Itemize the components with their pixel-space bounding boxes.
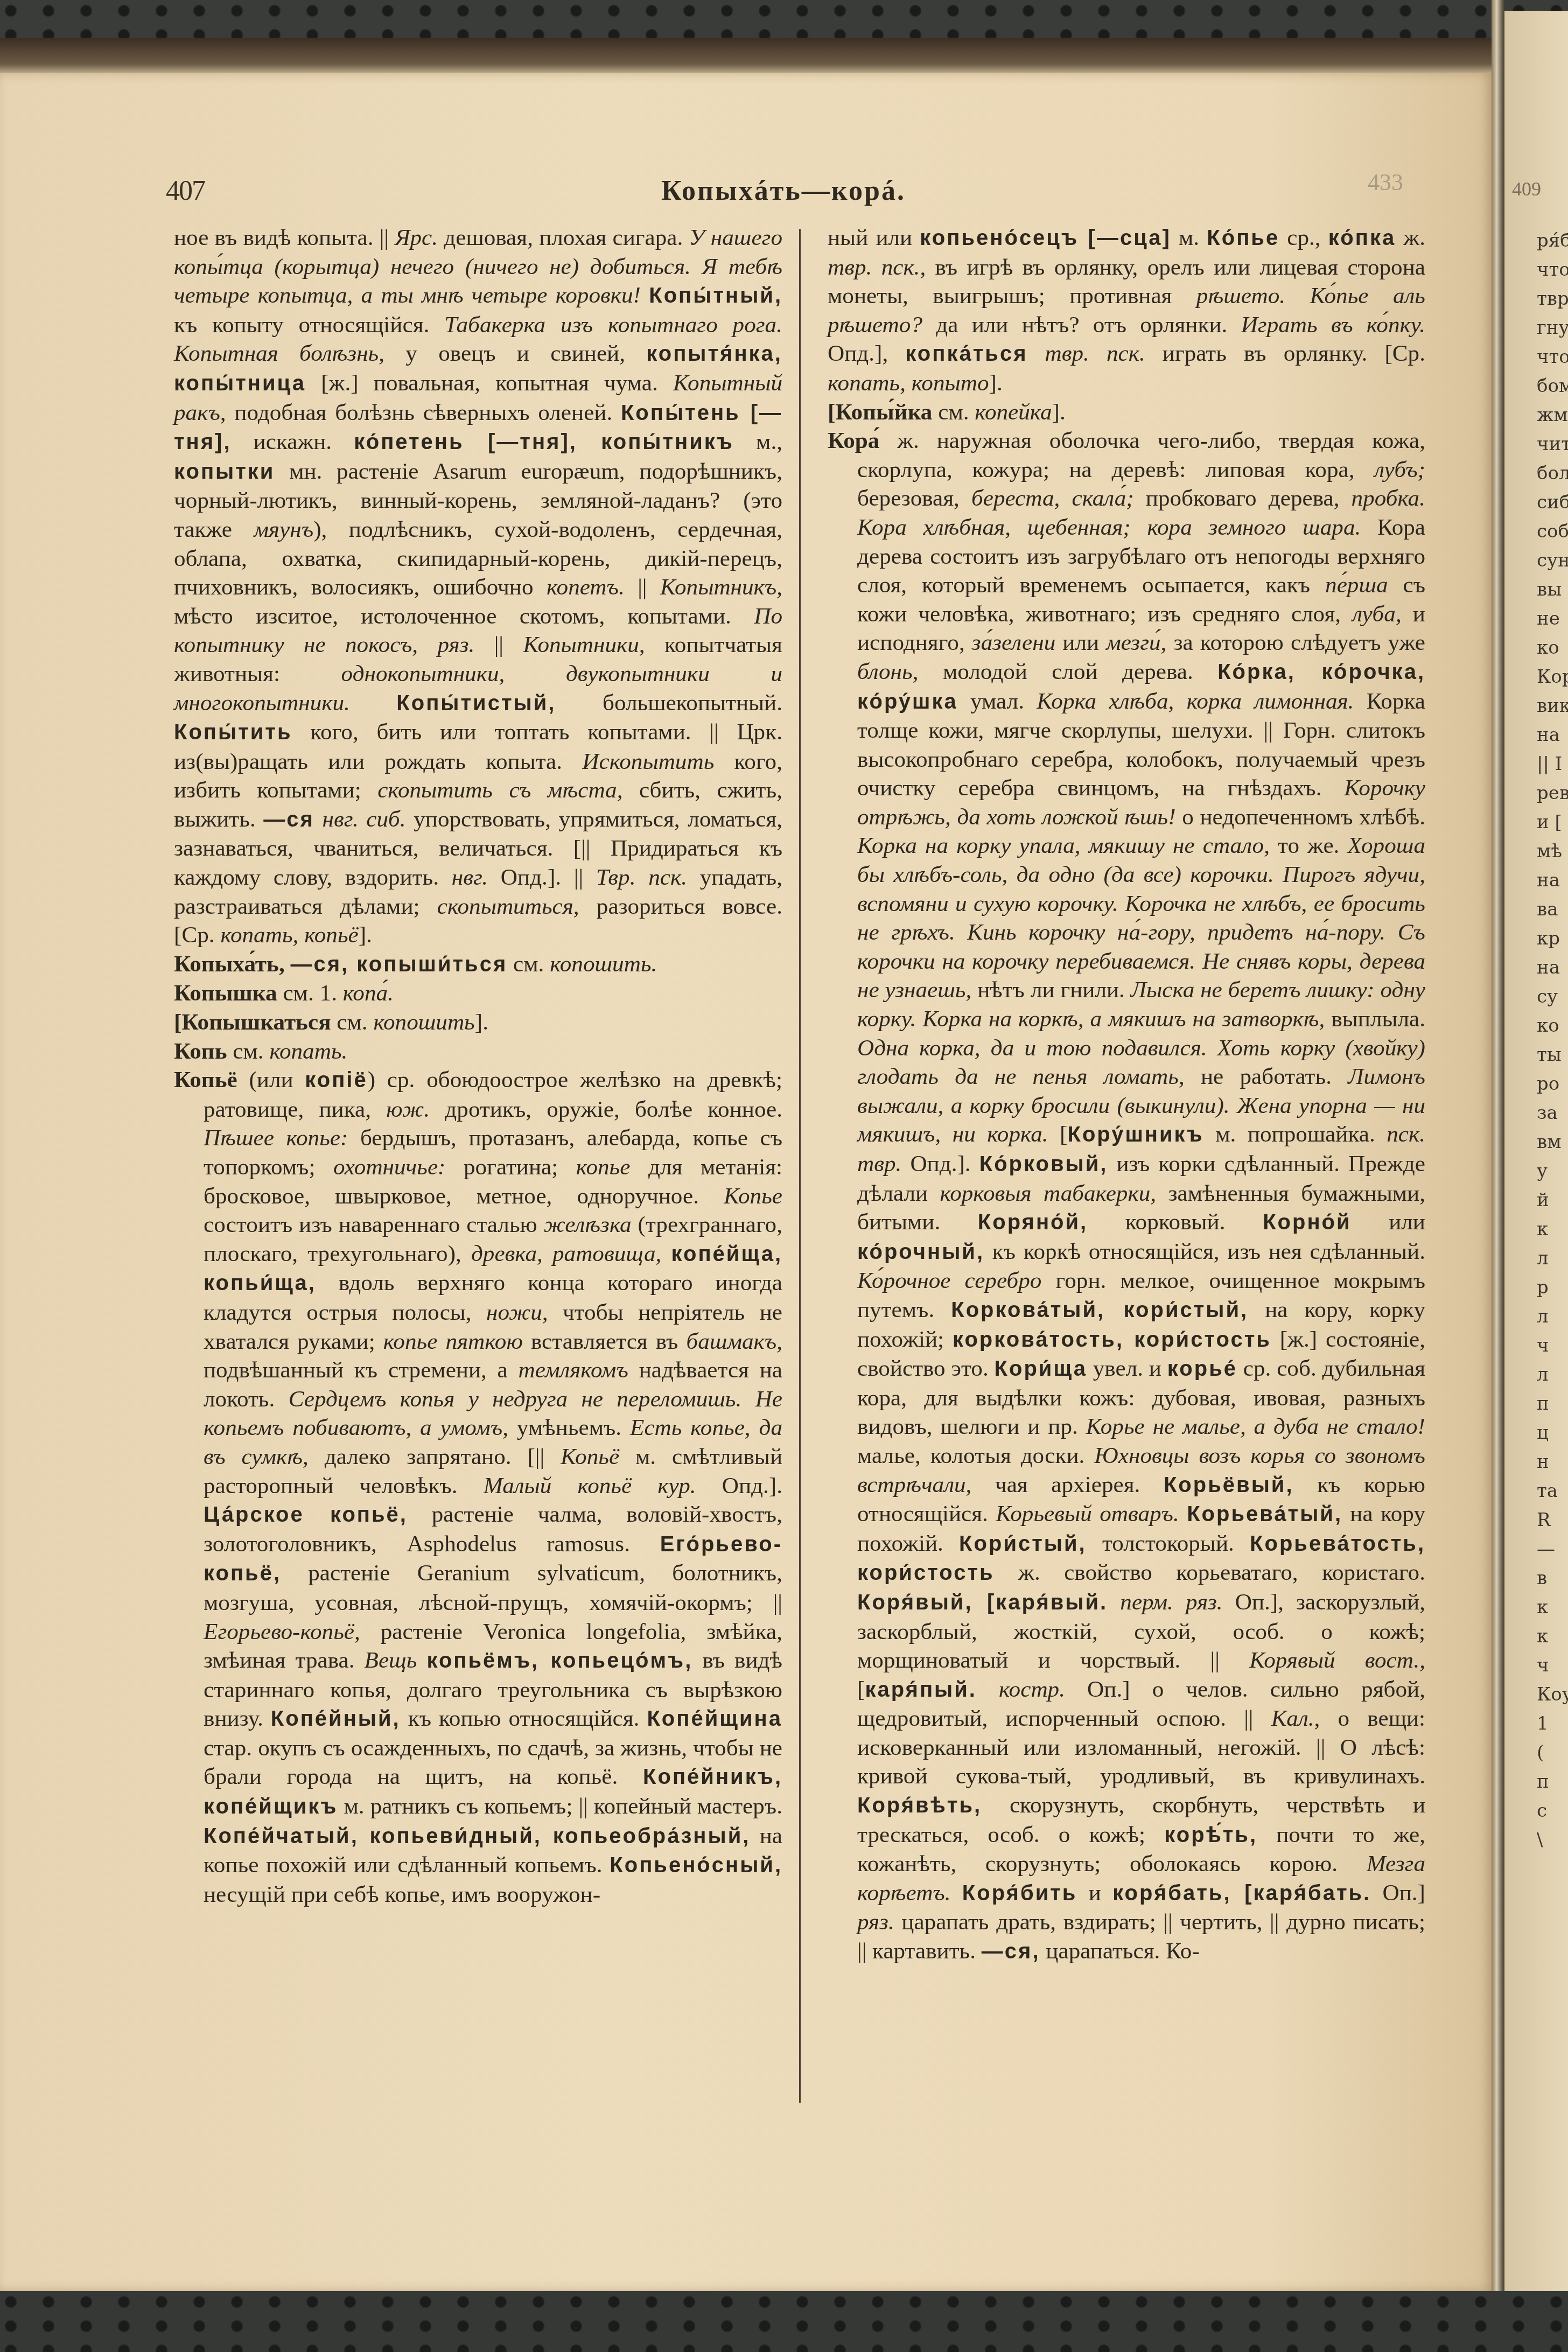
body-text: || <box>625 575 660 600</box>
italic-text: твр. пск., <box>828 255 926 280</box>
body-text: къ копью относящiйся. <box>401 1706 647 1731</box>
body-text: ж. свойство корьеватаго, користаго. <box>995 1560 1425 1585</box>
body-text: и <box>1077 1880 1112 1906</box>
body-text: не работать. <box>1185 1064 1348 1089</box>
italic-text: Егорьево-копьё, <box>204 1619 360 1644</box>
body-text: ]. <box>989 370 1003 396</box>
body-text: несущiй при себѣ копье, имъ вооружон- <box>204 1882 600 1907</box>
adjacent-page: 409 ря́бн что л твр. гнут что бом жм чит… <box>1504 11 1568 2291</box>
body-text: м. попрошайка. <box>1204 1122 1387 1147</box>
body-text: Опд.], <box>828 341 905 366</box>
italic-text: скопытиться, <box>437 894 579 919</box>
headword: Копь <box>174 1039 227 1064</box>
body-text <box>1108 1590 1120 1615</box>
headword: Корьёвый, <box>1164 1473 1294 1497</box>
headword: [Копышкаться <box>174 1010 331 1035</box>
body-text: то же. <box>1270 833 1348 858</box>
italic-text: Корявый вост., <box>1249 1648 1425 1673</box>
body-text: Оп.] <box>1371 1880 1425 1906</box>
body-text: молодой слой дерева. <box>918 659 1217 684</box>
headword: Коряно́й, <box>978 1210 1088 1234</box>
italic-text: Корка на корку упала, мякишу не стало, <box>857 833 1270 858</box>
body-text: ж. <box>1396 225 1425 250</box>
body-text: или <box>1352 1209 1425 1235</box>
body-text: ср., <box>1279 225 1328 250</box>
headword: Копы́тистый, <box>396 691 556 715</box>
body-text: ж. наружная оболочка чего-либо, твердая … <box>857 428 1425 482</box>
dictionary-entry: Копьё (или копiё) ср. обоюдоострое желѣз… <box>174 1066 782 1909</box>
headword: Ко́рковый, <box>979 1152 1108 1176</box>
italic-text: ряз. <box>857 1909 894 1935</box>
body-text: м. ратникъ съ копьемъ; || копейный масте… <box>338 1794 782 1819</box>
dictionary-entry: [Копышкаться см. копошить]. <box>174 1008 782 1037</box>
body-text: см. <box>331 1010 374 1035</box>
body-text: Опд.]. <box>901 1151 979 1177</box>
italic-text: копейка <box>975 400 1052 425</box>
body-text <box>350 690 397 716</box>
italic-text: перм. ряз. <box>1120 1590 1222 1615</box>
headword: Коря́вый, [каря́вый. <box>857 1591 1108 1614</box>
entry-continuation: ное въ видѣ копыта. || Ярс. дешовая, пло… <box>174 223 782 950</box>
headword: Копе́йчатый, копьеви́дный, копьеобра́зны… <box>204 1824 750 1848</box>
headword: —ся, копыши́ться <box>291 953 508 976</box>
body-text: къ копыту относящiйся. <box>174 312 444 338</box>
body-text: м., <box>734 429 782 454</box>
italic-text: скопытить съ мѣста, <box>377 778 622 803</box>
headword: Корно́й <box>1263 1210 1351 1234</box>
body-text: о недопеченномъ хлѣбѣ. <box>1176 804 1425 830</box>
italic-text: копошить. <box>550 951 657 977</box>
italic-text: древка, ратовища, <box>471 1241 661 1266</box>
body-text: подобная болѣзнь сѣверныхъ оленей. <box>226 400 621 425</box>
entry-continuation: ный или копьено́сецъ [—сца] м. Ко́пье ср… <box>828 223 1425 398</box>
italic-text: мезги́, <box>1106 630 1166 655</box>
italic-text: корковыя табакерки, <box>940 1181 1156 1206</box>
body-text: || <box>474 632 523 657</box>
body-text: березовая, <box>857 486 971 511</box>
italic-text: Вещь <box>365 1648 417 1673</box>
italic-text: Корка хлѣба, корка лимонная. <box>1037 689 1354 714</box>
headword: Ца́рское копьё, <box>204 1503 408 1527</box>
headword: Кори́стый, <box>959 1532 1087 1556</box>
italic-text: желѣзка <box>544 1212 632 1237</box>
body-text: [ <box>857 1677 865 1702</box>
body-text: Опд.]. || <box>488 865 596 890</box>
body-text <box>417 1648 426 1673</box>
italic-text: Копье <box>724 1184 782 1209</box>
italic-text: блонь, <box>857 659 918 684</box>
body-text: см. <box>507 951 550 977</box>
italic-text: ножи, <box>486 1300 548 1325</box>
headword: копка́ться <box>905 342 1027 366</box>
left-column: ное въ видѣ копыта. || Ярс. дешовая, пло… <box>174 223 782 1909</box>
body-text: дешовая, плохая сигара. <box>438 225 689 250</box>
dictionary-entry: [Копы́йка см. копейка]. <box>828 398 1425 427</box>
body-text <box>661 1241 671 1266</box>
italic-text: копать, копыто <box>828 370 989 396</box>
headword: каря́пый. <box>865 1678 977 1702</box>
body-text: чая архiерея. <box>971 1472 1164 1497</box>
italic-text: пе́рша <box>1325 572 1388 598</box>
body-text: ]. <box>1052 400 1066 425</box>
headword: Копышка <box>174 981 277 1006</box>
body-text: см. 1. <box>277 981 343 1006</box>
body-text: пробковаго дерева, <box>1134 486 1352 511</box>
headword: корье́ <box>1167 1357 1237 1381</box>
running-head: Копыхáть—корá. <box>661 175 906 207</box>
body-text: большекопытный. <box>556 690 782 716</box>
body-text <box>951 1880 962 1906</box>
headword: —ся, <box>982 1940 1040 1963</box>
body-text: да или нѣтъ? отъ орлянки. <box>922 312 1241 338</box>
italic-text: копетъ. <box>547 575 625 600</box>
body-text: [ж.] повальная, копытная чума. <box>306 370 673 396</box>
headword: ко́петень [—тня], копы́тникъ <box>354 430 734 454</box>
headword: Кори́ща <box>995 1357 1087 1381</box>
body-text: у овецъ и свиней, <box>384 341 646 366</box>
body-text: дротикъ, оружiе, болѣе конное. <box>430 1097 782 1122</box>
headword: коркова́тость, кори́стость <box>953 1328 1271 1352</box>
headword: Копьено́сный, <box>610 1853 782 1877</box>
dictionary-entry: Копь см. копать. <box>174 1037 782 1066</box>
headword: копытки <box>174 460 275 484</box>
body-text: ное въ видѣ копыта. || <box>174 225 395 250</box>
italic-text: Играть въ ко́пку. <box>1241 312 1425 338</box>
body-text: толстокорый. <box>1087 1531 1250 1556</box>
body-text: ]. <box>359 922 372 948</box>
body-text: вставляется въ <box>523 1329 687 1354</box>
headword: Копьё <box>174 1067 237 1093</box>
body-text: (или <box>237 1067 305 1093</box>
body-text: умѣньемъ. <box>508 1415 630 1440</box>
italic-text: лубъ; <box>1374 457 1425 482</box>
body-text: выплыла. <box>1325 1006 1425 1032</box>
body-text: искажн. <box>232 429 354 454</box>
dictionary-entry: Кора́ ж. наружная оболочка чего-либо, тв… <box>828 426 1425 1966</box>
body-text <box>285 951 291 977</box>
headword: Кора́ <box>828 428 879 453</box>
italic-text: Копытники, <box>523 632 645 657</box>
headword: копьёмъ, копьецо́мъ, <box>426 1649 692 1672</box>
headword: Ко́пье <box>1207 226 1279 250</box>
italic-text: Пѣшее копье: <box>204 1125 348 1151</box>
italic-text: копа́. <box>343 981 394 1006</box>
italic-text: юж. <box>386 1097 430 1122</box>
body-text: растенiе Geranium sylvaticum, болотникъ,… <box>204 1560 782 1615</box>
italic-text: нвг. сиб. <box>314 807 406 832</box>
headword: ко́пка <box>1328 226 1396 250</box>
body-text: играть въ орлянку. [Ср. <box>1145 341 1425 366</box>
italic-text: копье пяткою <box>383 1329 523 1354</box>
column-divider <box>799 229 801 2103</box>
headword: Коря́бить <box>962 1881 1077 1905</box>
body-text <box>641 283 649 308</box>
body-text: см. <box>932 400 975 425</box>
body-text: ]. <box>475 1010 488 1035</box>
italic-text: копье <box>576 1154 631 1180</box>
adjacent-page-fragments: ря́бн что л твр. гнут что бом жм чит бол… <box>1537 226 1568 1854</box>
body-text <box>1179 1501 1187 1527</box>
body-text: царапаться. Ко- <box>1040 1938 1200 1964</box>
italic-text: башмакъ, <box>687 1329 783 1354</box>
body-text: къ коркѣ относящiйся, изъ нея сдѣланный. <box>984 1239 1425 1264</box>
headword: Копе́йный, <box>271 1707 401 1731</box>
italic-text: Малый копьё кур. <box>484 1473 696 1499</box>
italic-text: Ископытить <box>582 749 714 774</box>
headword: Копы́тный, <box>649 284 782 307</box>
body-text: далеко запрятано. [|| <box>309 1444 561 1469</box>
body-text: корковый. <box>1088 1209 1263 1235</box>
italic-text: Корьевый отваръ. <box>996 1501 1179 1527</box>
body-text: нѣтъ ли гнили. <box>971 977 1131 1003</box>
body-text: Опд.]. <box>696 1473 782 1499</box>
body-text: умал. <box>958 689 1037 714</box>
body-text: увел. и <box>1087 1356 1167 1381</box>
headword: Коря́вѣть, <box>857 1794 982 1817</box>
italic-text: Копытникъ, <box>660 575 782 600</box>
headword: —ся <box>263 808 314 831</box>
body-text: ный или <box>828 225 920 250</box>
body-text: [ <box>1048 1122 1068 1147</box>
italic-text: копошить <box>373 1010 474 1035</box>
italic-text: нвг. <box>452 865 488 890</box>
italic-text: луба, <box>1352 601 1402 627</box>
italic-text: Ко́рочное серебро <box>857 1268 1041 1293</box>
headword: Копыха́ть, <box>174 951 285 977</box>
italic-text: темлякомъ <box>519 1357 628 1383</box>
headword: корѣ́ть, <box>1164 1823 1257 1847</box>
body-text: или <box>1055 630 1106 655</box>
italic-text: охотничье: <box>333 1154 445 1180</box>
italic-text: Ярс. <box>395 225 438 250</box>
italic-text: Корье не малье, а дуба не стало! <box>1086 1414 1425 1439</box>
italic-text: копать. <box>269 1039 347 1064</box>
page-number-right-faint: 433 <box>1368 169 1403 196</box>
italic-text: Копьё <box>561 1444 619 1469</box>
body-text: подвѣшанный къ стремени, а <box>204 1357 519 1383</box>
headword: Коркова́тый, кори́стый, <box>951 1298 1248 1322</box>
body-text: м. <box>1171 225 1207 250</box>
book-gutter <box>1492 0 1504 2352</box>
italic-text: костр. <box>999 1677 1065 1702</box>
headword: [Копы́йка <box>828 400 932 425</box>
headword: копiё <box>305 1068 367 1092</box>
italic-text: Твр. пск. <box>596 865 687 890</box>
body-text: состоитъ изъ навареннаго сталью <box>204 1212 544 1237</box>
italic-text: твр. пск. <box>1027 341 1145 366</box>
italic-text: за́зелени <box>972 630 1055 655</box>
italic-text: Кал., <box>1271 1706 1320 1731</box>
headword: Кору́шникъ <box>1067 1123 1203 1146</box>
dictionary-entry: Копышка см. 1. копа́. <box>174 979 782 1008</box>
body-text: рогатина; <box>445 1154 576 1180</box>
adjacent-page-number: 409 <box>1512 178 1541 200</box>
headword: коря́бать, [каря́бать. <box>1112 1881 1371 1905</box>
page-number-left: 407 <box>166 175 205 207</box>
headword: копьено́сецъ [—сца] <box>920 226 1171 250</box>
body-text <box>977 1677 999 1702</box>
body-text: мѣсто изситое, истолоченное скотомъ, коп… <box>174 604 754 629</box>
headword: Копе́йщина <box>647 1707 782 1731</box>
scanner-mat-bottom <box>0 2291 1568 2352</box>
body-text: см. <box>227 1039 269 1064</box>
headword: Копы́тить <box>174 720 292 744</box>
headword: Корьева́тый, <box>1187 1502 1342 1526</box>
page-top-edge <box>0 38 1492 75</box>
headword: ко́рочный, <box>857 1240 984 1264</box>
dictionary-entry: Копыха́ть, —ся, копыши́ться см. копошить… <box>174 950 782 979</box>
body-text: малье, колотыя доски. <box>857 1443 1094 1468</box>
italic-text: мяунъ <box>254 517 313 542</box>
italic-text: копать, копьё <box>220 922 358 948</box>
right-column: ный или копьено́сецъ [—сца] м. Ко́пье ср… <box>828 223 1425 1966</box>
body-text: за которою слѣдуетъ уже <box>1166 630 1425 655</box>
italic-text: береста, скала́; <box>971 486 1134 511</box>
